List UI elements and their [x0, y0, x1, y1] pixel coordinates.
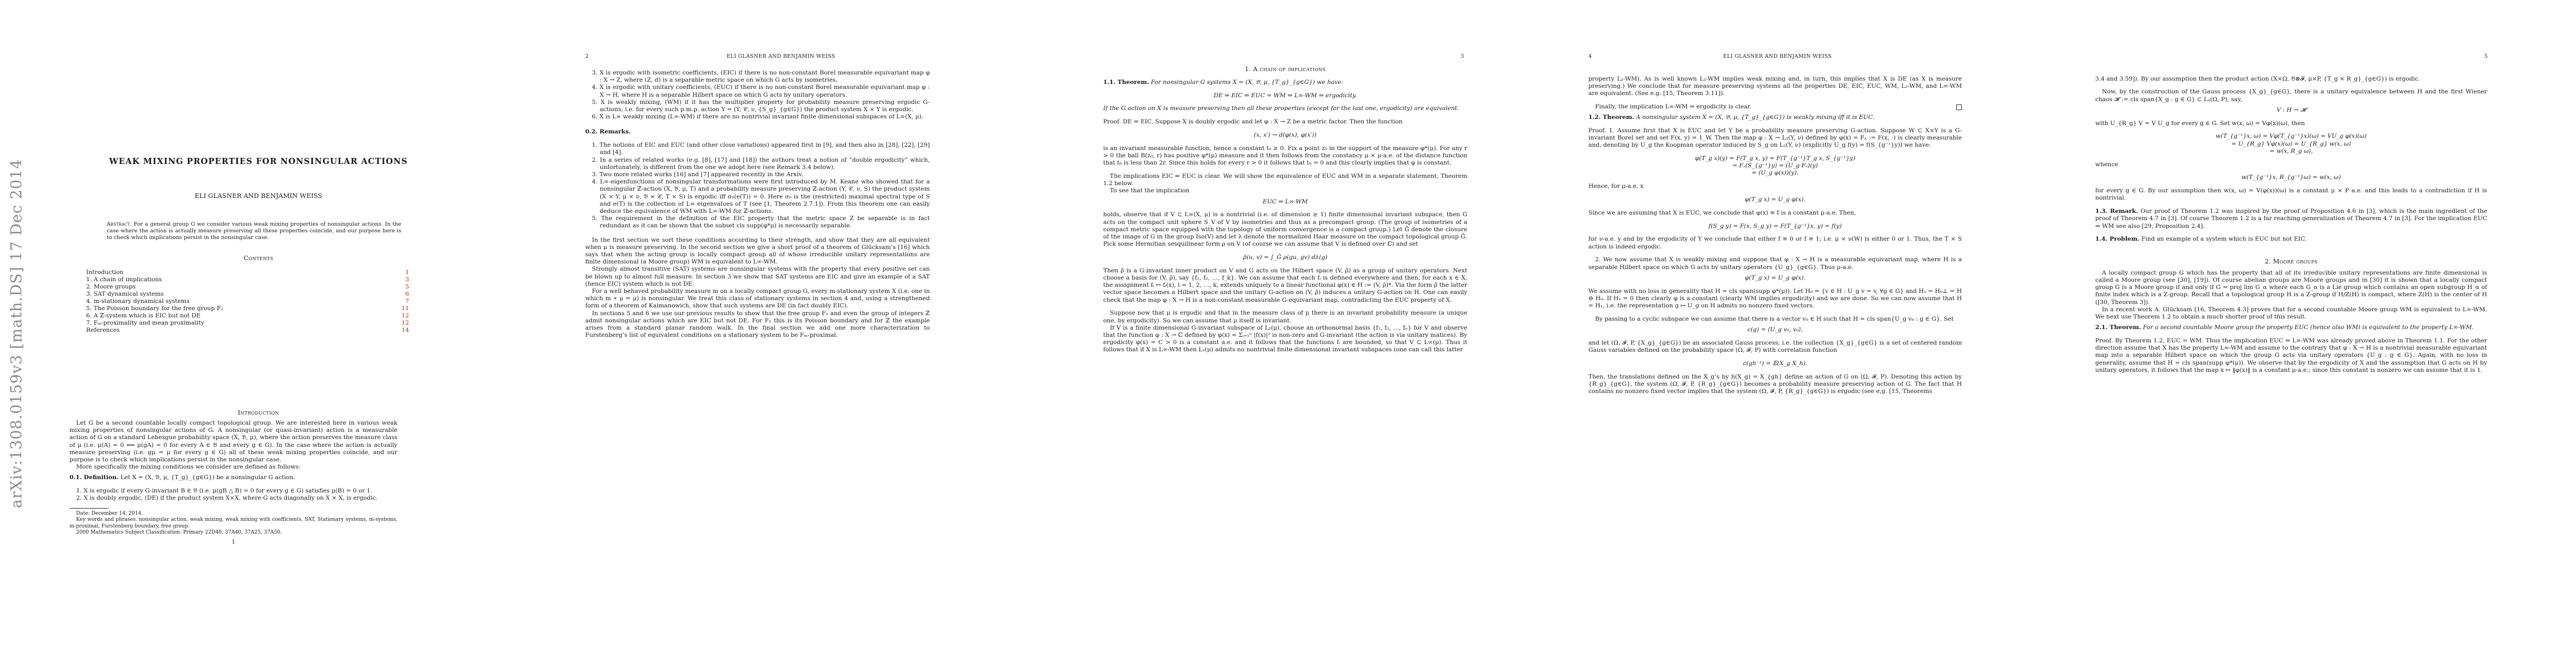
equation: c(gh⁻¹) = 𝔼(X_g X_h). [1588, 360, 1962, 367]
body-paragraph: for ν-a.e. y and by the ergodicity of Y … [1588, 236, 1962, 250]
footnote-rule [69, 508, 108, 509]
theorem-text: For a second countable Moore group the p… [2143, 324, 2474, 331]
section-heading: 2. Moore groups [2095, 258, 2487, 265]
page-number: 3 [1461, 53, 1464, 59]
body-paragraph: Since we are assuming that X is EUC, we … [1588, 210, 1962, 217]
toc-entry[interactable]: 6. A ℤ-system which is EIC but not DE12 [86, 312, 409, 320]
toc-entry[interactable]: 7. Fₘ-proximality and mean proximality12 [86, 320, 409, 327]
proof-paragraph: Proof. DE ⇒ EIC. Suppose X is doubly erg… [1103, 118, 1467, 126]
body-paragraph: is an invariant measurable function, hen… [1103, 145, 1467, 167]
equation: φ(T_g x) = U_g φ(x). [1588, 196, 1962, 203]
body-paragraph: The implications EIC ⇒ EUC is clear. We … [1103, 173, 1467, 187]
equation: φ(T_g x) = U_g φ(x). [1588, 275, 1962, 282]
theorem-text: A nonsingular system X = (X, 𝔅, μ, {T_g}… [1636, 114, 1875, 121]
body-paragraph: for every g ∈ G. By our assumption then … [2095, 187, 2487, 202]
toc-entry[interactable]: References14 [86, 327, 409, 334]
body-paragraph: To see that the implication [1103, 187, 1467, 195]
equation: f(S_g y) = F(x, S_g y) = F(T_{g⁻¹}x, y) … [1588, 223, 1962, 230]
body-paragraph: For a well behaved probability measure m… [585, 288, 930, 310]
page1-body: Let G be a second countable locally comp… [69, 420, 397, 546]
body-paragraph: with U_{R_g} V = V U_g for every g ∈ G. … [2095, 120, 2487, 127]
table-of-contents: Introduction1 1. A chain of implications… [86, 269, 409, 334]
body-paragraph: Then, the translations defined on the X_… [1588, 374, 1962, 396]
body-paragraph: property L₂-WM). As is well known L₂-WM … [1588, 76, 1962, 98]
equation: c(g) = ⟨U_g v₀, v₀⟩, [1588, 326, 1962, 333]
problem-text: Find an example of a system which is EUC… [2141, 236, 2307, 242]
remark-item: 5. The requirement in the definition of … [585, 215, 930, 230]
definition-item: 1. X is ergodic if every G-invariant B ∈… [69, 487, 397, 495]
introduction-heading: Introduction [83, 409, 434, 416]
theorem-label: 1.2. Theorem. [1588, 114, 1634, 121]
remark-text: Our proof of Theorem 1.2 was inspired by… [2095, 208, 2487, 229]
footnote-keywords: Key words and phrases. nonsingular actio… [69, 517, 397, 530]
body-paragraph: Suppose now that μ is ergodic and that i… [1103, 310, 1467, 324]
remarks-0-2: 0.2. Remarks. [585, 128, 930, 136]
abstract-text: For a general group G we consider variou… [107, 221, 401, 241]
toc-entry[interactable]: 1. A chain of implications3 [86, 276, 409, 283]
definition-item: 5. X is weakly mixing, (WM) if it has th… [585, 99, 930, 113]
remark-item: 1. The notions of EIC and EUC (and other… [585, 142, 930, 156]
body-paragraph: and let (Ω, 𝓕, P, {X_g}_{g∈G}) be an ass… [1588, 340, 1962, 354]
abstract-label: Abstract. [107, 221, 132, 227]
equation: DE ⇒ EIC ⇒ EUC = WM ⇒ L∞-WM ⇒ ergodicity… [1103, 92, 1467, 99]
body-paragraph: Now, by the construction of the Gauss pr… [2095, 88, 2487, 103]
page-number: 1 [69, 539, 397, 546]
section-heading: 1. A chain of implications [1103, 66, 1467, 73]
body-paragraph: Strongly almost transitive (SAT) systems… [585, 266, 930, 288]
page-number: 5 [2484, 53, 2488, 59]
remark-item: 2. In a series of related works (e.g. [8… [585, 157, 930, 171]
body-paragraph: In a recent work A. Glücksam [16, Theore… [2095, 306, 2487, 321]
definition-item: 3. X is ergodic with isometric coefficie… [585, 69, 930, 84]
equation: w(T_{g⁻¹}x, ω) = Vφ(T_{g⁻¹}x)(ω) = VU_g … [2095, 133, 2487, 155]
page4-body: property L₂-WM). As is well known L₂-WM … [1588, 69, 1962, 401]
page-number: 4 [1588, 53, 1592, 59]
body-paragraph: Finally, the implication L∞-WM ⇒ ergodic… [1588, 103, 1962, 111]
body-paragraph: Hence, for μ-a.e. x [1588, 183, 1962, 190]
equation: ρ̃(u, v) = ∫_G̃ ρ(gu, gv) dλ(g) [1103, 254, 1467, 261]
definition-item: 4. X is ergodic with unitary coefficient… [585, 84, 930, 98]
proof-paragraph: Proof. By Theorem 1.2, EUC = WM. Thus th… [2095, 337, 2487, 374]
page-number: 2 [585, 53, 589, 59]
running-head: ELI GLASNER AND BENJAMIN WEISS [689, 53, 873, 59]
toc-entry[interactable]: 4. m-stationary dynamical systems7 [86, 298, 409, 305]
theorem-text: For nonsingular G systems X = (X, 𝔅, μ, … [1151, 79, 1343, 86]
definition-item: 6. X is L∞ weakly mixing (L∞-WM) if ther… [585, 113, 930, 121]
body-paragraph: We assume with no loss in generality tha… [1588, 288, 1962, 310]
page-1: WEAK MIXING PROPERTIES FOR NONSINGULAR A… [0, 0, 520, 667]
page-5: 5 3.4 and 3.59]). By our assumption then… [2095, 0, 2495, 667]
proof-paragraph: Proof. 1. Assume first that X is EUC and… [1588, 127, 1962, 150]
equation: V : H → 𝓗 [2095, 107, 2487, 114]
definition-item: 2. X is doubly ergodic, (DE) if the prod… [69, 495, 397, 502]
contents-heading: Contents [83, 255, 434, 262]
definition-0-1: 0.1. Definition. Let X = (X, 𝔅, μ, {T_g}… [69, 474, 397, 481]
page2-body: 3. X is ergodic with isometric coefficie… [585, 69, 930, 340]
body-paragraph: Then ρ̃ is a G-invariant inner product o… [1103, 267, 1467, 304]
equation: (x, x′) → d(φ(x), φ(x′)) [1103, 132, 1467, 139]
body-paragraph: 3.4 and 3.59]). By our assumption then t… [2095, 76, 2487, 83]
intro-paragraph: Let G be a second countable locally comp… [69, 420, 397, 464]
body-paragraph: holds, observe that if V ⊂ L∞(X, μ) is a… [1103, 211, 1467, 248]
body-paragraph: In the first section we sort these condi… [585, 237, 930, 266]
body-paragraph: In sections 5 and 6 we use our previous … [585, 310, 930, 340]
theorem-1-2: 1.2. Theorem. A nonsingular system X = (… [1588, 114, 1962, 121]
footnote-date: Date: December 14, 2014. [69, 511, 397, 517]
equation: EUC ⇒ L∞-WM [1103, 198, 1467, 206]
page-4: 4 ELI GLASNER AND BENJAMIN WEISS propert… [1588, 0, 1977, 667]
remark-item: 3. Two more related works [16] and [7] a… [585, 171, 930, 178]
remark-1-3: 1.3. Remark. Our proof of Theorem 1.2 wa… [2095, 208, 2487, 230]
equation: w(T_{g⁻¹}x, R_{g⁻¹}ω) = w(x, ω) [2095, 174, 2487, 181]
definition-label: 0.1. Definition. [69, 474, 119, 481]
footnote-msc: 2000 Mathematics Subject Classification.… [69, 530, 397, 536]
page-2: 2 ELI GLASNER AND BENJAMIN WEISS 3. X is… [522, 0, 1039, 667]
body-paragraph: By passing to a cyclic subspace we can a… [1588, 316, 1962, 323]
page3-body: 1. A chain of implications 1.1. Theorem.… [1103, 66, 1467, 354]
definition-text: Let X = (X, 𝔅, μ, {T_g}_{g∈G}) be a nons… [121, 474, 295, 481]
theorem-2-1: 2.1. Theorem. For a second countable Moo… [2095, 324, 2487, 331]
body-paragraph: whence [2095, 161, 2487, 168]
page-3: 3 1. A chain of implications 1.1. Theore… [1103, 0, 1481, 667]
remarks-label: 0.2. Remarks. [585, 128, 631, 135]
theorem-1-1: 1.1. Theorem. For nonsingular G systems … [1103, 79, 1467, 86]
remark-label: 1.3. Remark. [2095, 208, 2138, 215]
body-paragraph: If V is a finite dimensional G-invariant… [1103, 325, 1467, 354]
running-head: ELI GLASNER AND BENJAMIN WEISS [1677, 53, 1877, 59]
toc-entry[interactable]: 3. SAT dynamical systems6 [86, 291, 409, 298]
toc-entry[interactable]: Introduction1 [86, 269, 409, 276]
toc-entry[interactable]: 2. Moore groups5 [86, 283, 409, 291]
theorem-label: 1.1. Theorem. [1103, 79, 1149, 86]
paper-title: WEAK MIXING PROPERTIES FOR NONSINGULAR A… [83, 157, 434, 166]
body-paragraph: 2. We now assume that X is weakly mixing… [1588, 256, 1962, 271]
theorem-text: If the G action on X is measure preservi… [1103, 105, 1467, 112]
page5-body: 3.4 and 3.59]). By our assumption then t… [2095, 69, 2487, 380]
equation: φ(T_g x)(y) = F(T_g x, y) = F(T_{g⁻¹}T_g… [1588, 155, 1962, 177]
remark-item: 4. L∞-eigenfunctions of nonsingular tran… [585, 178, 930, 215]
abstract: Abstract. For a general group G we consi… [107, 221, 401, 241]
intro-paragraph: More specifically the mixing conditions … [69, 464, 397, 471]
qed-icon [1956, 104, 1962, 110]
toc-entry[interactable]: 5. The Poisson boundary for the free gro… [86, 305, 409, 312]
body-paragraph: A locally compact group G which has the … [2095, 270, 2487, 306]
problem-1-4: 1.4. Problem. Find an example of a syste… [2095, 236, 2487, 243]
theorem-label: 2.1. Theorem. [2095, 324, 2141, 331]
problem-label: 1.4. Problem. [2095, 236, 2140, 242]
paper-authors: ELI GLASNER AND BENJAMIN WEISS [83, 192, 434, 200]
